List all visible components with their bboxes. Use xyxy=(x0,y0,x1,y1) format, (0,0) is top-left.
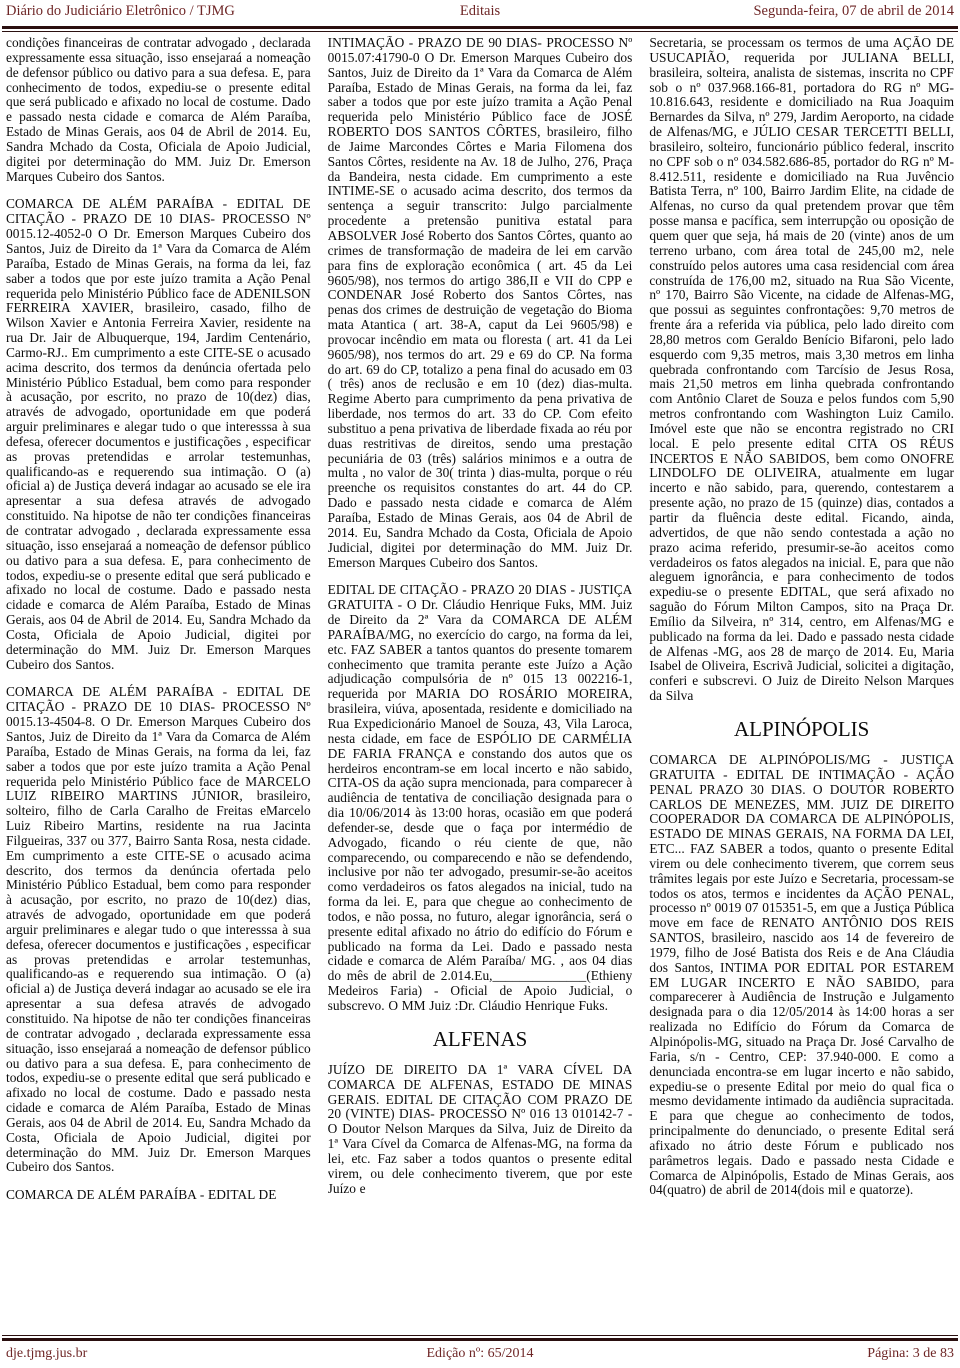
page-footer-area: dje.tjmg.jus.br Edição nº: 65/2014 Págin… xyxy=(0,1335,960,1368)
alfenas-section-heading: ALFENAS xyxy=(328,1027,633,1051)
header-journal-title: Diário do Judiciário Eletrônico / TJMG xyxy=(6,3,460,20)
footer-page-number: Página: 3 de 83 xyxy=(534,1346,955,1362)
header-date: Segunda-feira, 07 de abril de 2014 xyxy=(500,3,954,20)
edital-citacao-20-dias-justica-gratuita: EDITAL DE CITAÇÃO - PRAZO 20 DIAS - JUST… xyxy=(328,583,633,1013)
column-3: Secretaria, se processam os termos de um… xyxy=(649,36,954,1334)
content-columns: condições financeiras de contratar advog… xyxy=(0,32,960,1334)
footer-edition: Edição nº: 65/2014 xyxy=(427,1346,534,1362)
header-section-label: Editais xyxy=(460,3,500,20)
edital-intimacao-90-dias: INTIMAÇÃO - PRAZO DE 90 DIAS- PROCESSO N… xyxy=(328,36,633,570)
edital-citacao-0015-13-4504: COMARCA DE ALÉM PARAÍBA - EDITAL DE CITA… xyxy=(6,685,311,1175)
page-header: Diário do Judiciário Eletrônico / TJMG E… xyxy=(0,0,960,26)
edital-continuation-paragraph: condições financeiras de contratar advog… xyxy=(6,36,311,184)
column-2: INTIMAÇÃO - PRAZO DE 90 DIAS- PROCESSO N… xyxy=(328,36,633,1334)
edital-alpinopolis-intimacao: COMARCA DE ALPINÓPOLIS/MG - JUSTIÇA GRAT… xyxy=(649,753,954,1198)
edital-heading-truncated: COMARCA DE ALÉM PARAÍBA - EDITAL DE xyxy=(6,1188,311,1203)
column-1: condições financeiras de contratar advog… xyxy=(6,36,311,1334)
edital-citacao-0015-12-4052: COMARCA DE ALÉM PARAÍBA - EDITAL DE CITA… xyxy=(6,197,311,672)
footer-site-url: dje.tjmg.jus.br xyxy=(6,1346,427,1362)
page-footer: dje.tjmg.jus.br Edição nº: 65/2014 Págin… xyxy=(0,1341,960,1368)
gazette-page: Diário do Judiciário Eletrônico / TJMG E… xyxy=(0,0,960,1368)
acao-usucapiao-paragraph: Secretaria, se processam os termos de um… xyxy=(649,36,954,704)
alpinopolis-section-heading: ALPINÓPOLIS xyxy=(649,717,954,741)
edital-alfenas-citacao-20-dias: JUÍZO DE DIREITO DA 1ª VARA CÍVEL DA COM… xyxy=(328,1063,633,1197)
